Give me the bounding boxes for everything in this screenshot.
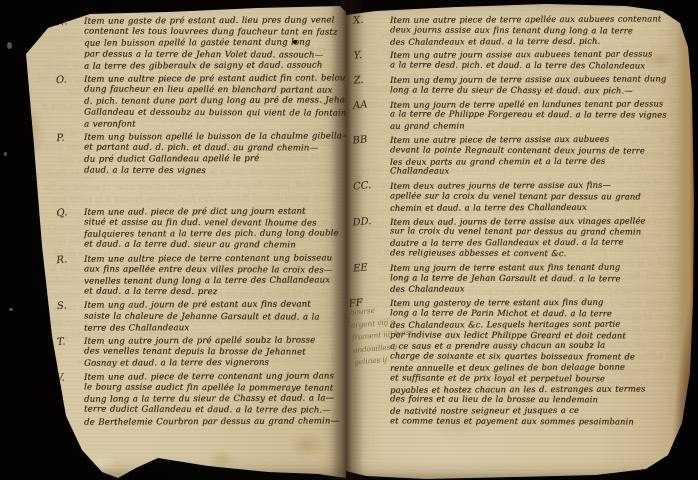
manuscript-line: et suffisante et de prix loyal et perpet… xyxy=(390,372,690,384)
entry-letter: R. xyxy=(56,253,86,300)
register-entry: Z.Item ung demy journ de terre assise au… xyxy=(354,74,690,96)
register-entry: O.Item une aultre piece de pré estant au… xyxy=(58,74,342,130)
register-entry: BBItem une autre piece de terre assise a… xyxy=(354,134,690,177)
entry-text: Item une aultre piece de pré estant audi… xyxy=(84,74,342,130)
manuscript-line: Challandeaux xyxy=(390,166,690,178)
entry-letter: O. xyxy=(56,73,87,131)
entry-letter: S. xyxy=(57,299,86,335)
register-entry: CC.Item deux autres journs de terre assi… xyxy=(354,180,690,212)
register-entry: Y.Item ung autre journ assise aux aubuee… xyxy=(354,49,690,71)
paper-speck xyxy=(9,308,13,311)
left-page: Item une gaste de pré estant aud. lieu p… xyxy=(18,6,346,478)
manuscript-line: daud. a la terre des vignes xyxy=(84,165,342,177)
margin-note: bourseargent viij s.froment iiij boiss.a… xyxy=(349,299,440,369)
register-entry: Q.Item une aud. piece de pré dict ung jo… xyxy=(58,207,342,252)
manuscript-line: a la terre desd. pich. et daud. a la ter… xyxy=(390,60,690,72)
entry-letter: X. xyxy=(353,12,392,47)
entry-letter: CC. xyxy=(353,179,392,214)
manuscript-line: chemin et daud. a la terre des Challande… xyxy=(390,201,690,213)
entry-letter: T. xyxy=(57,335,86,371)
entry-letter: AA xyxy=(353,97,392,132)
manuscript-line: et comme tenus et payement aux sommes pe… xyxy=(390,415,690,427)
manuscript-line: long a la terre du sieur de Chassy et da… xyxy=(390,84,690,96)
entry-text: Item ung journ de terre estant aux fins … xyxy=(390,262,690,294)
manuscript-photo: Item une gaste de pré estant aud. lieu p… xyxy=(0,0,698,480)
register-entry: R.Item une aultre piece de terre contena… xyxy=(58,254,342,299)
entry-text: Item ung aud. journ de pré estant aux fi… xyxy=(84,300,342,334)
entry-text: Item ung journ de terre apellé en landun… xyxy=(390,99,690,131)
manuscript-line: et daud. a la terre desd. prez xyxy=(84,287,342,299)
manuscript-line: a veronfont xyxy=(84,118,342,131)
right-page: Item une autre piece de terre apellée au… xyxy=(346,3,694,479)
manuscript-line: de Berthelemie Courbron par dessus au gr… xyxy=(84,416,342,429)
manuscript-line: devant la pointe Regnault contenant deux… xyxy=(390,144,690,156)
register-entry: DD.Item deux aud. journs de terre assise… xyxy=(354,216,690,259)
manuscript-line: terre dudict Gallandeau et daud. a la te… xyxy=(84,405,342,417)
entry-letter: N. xyxy=(56,15,87,73)
manuscript-line: d. pich. tenant dune part dung long au p… xyxy=(84,96,342,109)
manuscript-line: au grand chemin xyxy=(390,119,690,131)
entry-letter: Y. xyxy=(353,48,391,73)
register-entry: S.Item ung aud. journ de pré estant aux … xyxy=(58,300,342,334)
entry-letter: BB xyxy=(352,132,392,178)
register-entry: N.Item une gaste de pré estant aud. lieu… xyxy=(58,16,342,72)
entry-text: Item une gaste de pré estant aud. lieu p… xyxy=(84,16,342,72)
register-entry: X.Item une autre piece de terre apellée … xyxy=(354,14,690,46)
entry-letter: DD. xyxy=(352,214,392,260)
manuscript-line: a la terre des gibberaulx de saigny et d… xyxy=(84,60,342,73)
manuscript-line: deux journs assise aux fins tenant dung … xyxy=(390,24,690,36)
entry-text: Item une autre piece de terre assise aux… xyxy=(390,134,690,177)
entry-text: Item une aultre piece de terre contenant… xyxy=(84,254,342,299)
manuscript-line: et daud. a la terre dud. sieur au grand … xyxy=(84,240,342,252)
entry-text: Item deux aud. journs de terre assise au… xyxy=(390,216,690,259)
manuscript-line: Item ung aud. journ de pré estant aux fi… xyxy=(84,300,342,313)
entry-letter: EE xyxy=(353,260,392,295)
ink-blot xyxy=(293,40,297,44)
right-page-entries: X.Item une autre piece de terre apellée … xyxy=(354,14,690,430)
entry-letter: Z. xyxy=(353,72,391,97)
entry-text: Item deux autres journs de terre assise … xyxy=(390,180,690,212)
manuscript-line: du pré dudict Gallandeau apellé le pré xyxy=(84,154,342,167)
register-entry: AAItem ung journ de terre apellé en land… xyxy=(354,99,690,131)
entry-text: Item ung demy journ de terre assise aux … xyxy=(390,74,690,96)
entry-letter: P. xyxy=(56,131,86,178)
manuscript-line: terre des Challandeaux xyxy=(84,322,342,335)
manuscript-line: des Chalandeaux et daud. a la terre desd… xyxy=(390,35,690,47)
paper-speck xyxy=(4,152,7,156)
manuscript-line: que len buisson apellé la gastée tenant … xyxy=(84,38,342,51)
entry-letter: V. xyxy=(56,371,87,429)
entry-text: Item ung buisson apellé le buisson de la… xyxy=(84,132,342,177)
register-entry: T.Item ung autre journ de pré apellé sou… xyxy=(58,336,342,370)
entry-text: Item une aud. piece de terre contenant u… xyxy=(84,372,342,428)
entry-text: Item une aud. piece de pré dict ung jour… xyxy=(84,207,342,252)
entry-text: Item une autre piece de terre apellée au… xyxy=(390,14,690,46)
register-entry: V.Item une aud. piece de terre contenant… xyxy=(58,372,342,428)
manuscript-line: des Chalandeaux xyxy=(390,283,690,295)
entry-text: Item ung autre journ assise aux aubuees … xyxy=(390,49,690,71)
manuscript-line: Item ung journ de terre estant aux fins … xyxy=(390,261,690,273)
manuscript-line: Gosnay et daud. a la terre des vignerons xyxy=(84,358,342,371)
paper-speck xyxy=(7,42,12,49)
register-entry: P.Item ung buisson apellé le buisson de … xyxy=(58,132,342,177)
register-entry: EEItem ung journ de terre estant aux fin… xyxy=(354,262,690,294)
left-page-entries: N.Item une gaste de pré estant aud. lieu… xyxy=(58,16,342,430)
manuscript-line: par dessus a la terre de Jehan Volet dau… xyxy=(84,49,342,61)
entry-letter: Q. xyxy=(56,206,86,253)
entry-text: Item ung autre journ de pré apellé soubz… xyxy=(84,336,342,370)
manuscript-line: des religieuses abbesses et convent &c. xyxy=(390,247,690,259)
